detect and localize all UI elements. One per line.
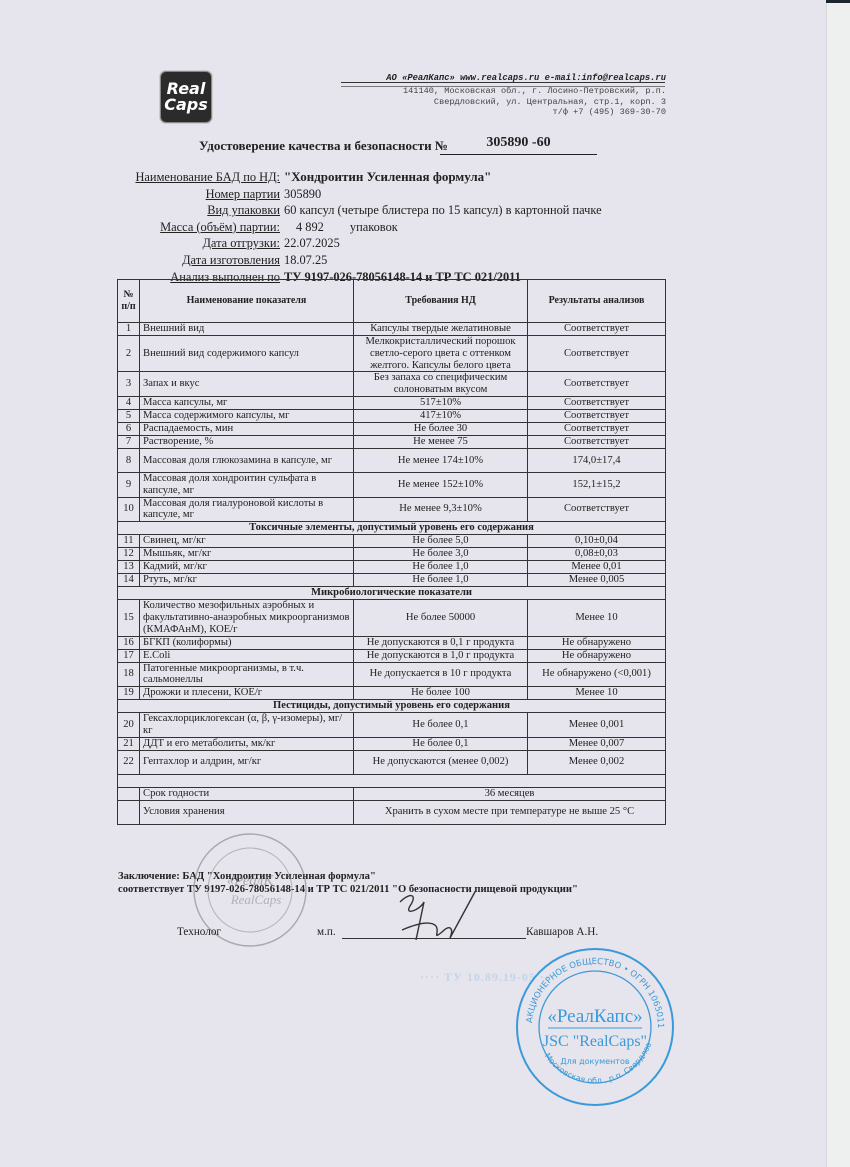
result: Не обнаружено [528, 649, 666, 662]
section-toxic-title: Токсичные элементы, допустимый уровень е… [118, 522, 666, 535]
result: Соответствует [528, 372, 666, 397]
indicator-name: Дрожжи и плесени, КОЕ/г [140, 687, 354, 700]
result: Не обнаружено (<0,001) [528, 662, 666, 687]
shelf-life-row-value: 36 месяцев [354, 787, 666, 800]
result: Соответствует [528, 396, 666, 409]
table-row: 15Количество мезофильных аэробных и факу… [118, 600, 666, 636]
row-number [118, 800, 140, 824]
seal-place-label: м.п. [317, 926, 336, 938]
row-number: 20 [118, 713, 140, 738]
ship-date-value: 22.07.2025 [284, 235, 340, 252]
row-number: 9 [118, 472, 140, 497]
result: Соответствует [528, 497, 666, 522]
result: Не обнаружено [528, 636, 666, 649]
col-result: Результаты анализов [528, 280, 666, 323]
indicator-name: Масса капсулы, мг [140, 396, 354, 409]
address-line-2: Свердловский, ул. Центральная, стр.1, ко… [386, 97, 666, 107]
storage-row: Условия храненияХранить в сухом месте пр… [118, 800, 666, 824]
indicator-name: Распадаемость, мин [140, 422, 354, 435]
certificate-number: 305890 -60 [440, 135, 597, 155]
requirement: Капсулы твердые желатиновые [354, 323, 528, 336]
requirement: Не менее 75 [354, 435, 528, 448]
made-date-label: Дата изготовления [100, 252, 284, 269]
quality-table: № п/п Наименование показателя Требования… [117, 279, 666, 825]
table-row: 4Масса капсулы, мг517±10%Соответствует [118, 396, 666, 409]
mass-unit: упаковок [350, 220, 398, 234]
table-row: 14Ртуть, мг/кгНе более 1,0Менее 0,005 [118, 574, 666, 587]
requirement: Не более 5,0 [354, 535, 528, 548]
result: Менее 0,005 [528, 574, 666, 587]
signer-name: Кавшаров А.Н. [526, 926, 598, 938]
row-number: 4 [118, 396, 140, 409]
row-number: 12 [118, 548, 140, 561]
conclusion-line-1: Заключение: БАД "Хондроитин Усиленная фо… [118, 870, 578, 883]
empty-cell [118, 774, 666, 787]
result: Менее 10 [528, 687, 666, 700]
indicator-name: Гептахлор и алдрин, мг/кг [140, 750, 354, 774]
section-micro: Микробиологические показатели [118, 587, 666, 600]
requirement: Не более 30 [354, 422, 528, 435]
info-made-date: Дата изготовления 18.07.25 [100, 252, 602, 269]
row-number: 5 [118, 409, 140, 422]
result: Менее 0,001 [528, 713, 666, 738]
table-row: 7Растворение, %Не менее 75Соответствует [118, 435, 666, 448]
result: Менее 0,007 [528, 737, 666, 750]
package-label: Вид упаковки [100, 202, 284, 219]
section-micro-title: Микробиологические показатели [118, 587, 666, 600]
requirement: Без запаха со специфическим солоноватым … [354, 372, 528, 397]
table-body: 1Внешний видКапсулы твердые желатиновыеС… [118, 323, 666, 825]
mass-value: 4 892 [296, 220, 324, 234]
row-number: 15 [118, 600, 140, 636]
mass-label: Масса (объём) партии: [100, 219, 284, 236]
table-row: 16БГКП (колиформы)Не допускаются в 0,1 г… [118, 636, 666, 649]
row-number: 6 [118, 422, 140, 435]
table-row: 19Дрожжи и плесени, КОЕ/гНе более 100Мен… [118, 687, 666, 700]
info-batch: Номер партии 305890 [100, 186, 602, 203]
row-number: 11 [118, 535, 140, 548]
letterhead-rule [341, 82, 665, 87]
table-row: 6Распадаемость, минНе более 30Соответств… [118, 422, 666, 435]
handwritten-signature [380, 880, 490, 960]
requirement: Не более 1,0 [354, 561, 528, 574]
address-line-3: т/ф +7 (495) 369-30-70 [386, 107, 666, 117]
result: 174,0±17,4 [528, 448, 666, 472]
row-number: 3 [118, 372, 140, 397]
shelf-life-row-label: Срок годности [140, 787, 354, 800]
table-row: 1Внешний видКапсулы твердые желатиновыеС… [118, 323, 666, 336]
indicator-name: Массовая доля глюкозамина в капсуле, мг [140, 448, 354, 472]
result: Менее 10 [528, 600, 666, 636]
indicator-name: БГКП (колиформы) [140, 636, 354, 649]
requirement: Мелкокристаллический порошок светло-серо… [354, 336, 528, 372]
row-number: 14 [118, 574, 140, 587]
indicator-name: Внешний вид [140, 323, 354, 336]
requirement: Не более 50000 [354, 600, 528, 636]
requirement: Не более 0,1 [354, 737, 528, 750]
logo-line-2: Caps [161, 97, 211, 113]
row-number: 13 [118, 561, 140, 574]
indicator-name: Свинец, мг/кг [140, 535, 354, 548]
requirement: Не менее 152±10% [354, 472, 528, 497]
result: Соответствует [528, 422, 666, 435]
shelf-life-row: Срок годности36 месяцев [118, 787, 666, 800]
table-row: 21ДДТ и его метаболиты, мк/кгНе более 0,… [118, 737, 666, 750]
table-row: 22Гептахлор и алдрин, мг/кгНе допускаютс… [118, 750, 666, 774]
table-row: 13Кадмий, мг/кгНе более 1,0Менее 0,01 [118, 561, 666, 574]
indicator-name: Внешний вид содержимого капсул [140, 336, 354, 372]
result: 0,10±0,04 [528, 535, 666, 548]
row-number: 19 [118, 687, 140, 700]
product-value: "Хондроитин Усиленная формула" [284, 169, 491, 186]
table-row: 10Массовая доля гиалуроновой кислоты в к… [118, 497, 666, 522]
requirement: Не более 0,1 [354, 713, 528, 738]
table-row: 11Свинец, мг/кгНе более 5,00,10±0,04 [118, 535, 666, 548]
result: 0,08±0,03 [528, 548, 666, 561]
certificate-title: Удостоверение качества и безопасности № [199, 138, 448, 154]
info-product: Наименование БАД по НД: "Хондроитин Усил… [100, 169, 602, 186]
storage-row-value: Хранить в сухом месте при температуре не… [354, 800, 666, 824]
requirement: 417±10% [354, 409, 528, 422]
indicator-name: Ртуть, мг/кг [140, 574, 354, 587]
row-number: 2 [118, 336, 140, 372]
table-row: 5Масса содержимого капсулы, мг417±10%Соо… [118, 409, 666, 422]
company-stamp: АКЦИОНЕРНОЕ ОБЩЕСТВО • ОГРН 106501141205… [510, 942, 680, 1112]
made-date-value: 18.07.25 [284, 252, 327, 269]
table-row: 3Запах и вкусБез запаха со специфическим… [118, 372, 666, 397]
indicator-name: Мышьяк, мг/кг [140, 548, 354, 561]
address-line-1: 141140, Московская обл., г. Лосино-Петро… [386, 86, 666, 96]
requirement: Не менее 174±10% [354, 448, 528, 472]
result: Соответствует [528, 323, 666, 336]
signer-role: Технолог [177, 926, 221, 938]
svg-text:JSC "RealCaps": JSC "RealCaps" [543, 1033, 647, 1050]
package-value: 60 капсул (четыре блистера по 15 капсул)… [284, 202, 602, 219]
letterhead: АО «РеалКапс» www.realcaps.ru e-mail:inf… [386, 73, 666, 118]
svg-text:Для документов: Для документов [560, 1057, 629, 1066]
product-label: Наименование БАД по НД: [100, 169, 284, 186]
conclusion-line-2: соответствует ТУ 9197-026-78056148-14 и … [118, 883, 578, 896]
requirement: Не более 3,0 [354, 548, 528, 561]
indicator-name: Запах и вкус [140, 372, 354, 397]
ship-date-label: Дата отгрузки: [100, 235, 284, 252]
info-package: Вид упаковки 60 капсул (четыре блистера … [100, 202, 602, 219]
row-number: 22 [118, 750, 140, 774]
col-indicator: Наименование показателя [140, 280, 354, 323]
table-row: 18Патогенные микроорганизмы, в т.ч. саль… [118, 662, 666, 687]
requirement: Не более 1,0 [354, 574, 528, 587]
row-number: 17 [118, 649, 140, 662]
table-row: 8Массовая доля глюкозамина в капсуле, мг… [118, 448, 666, 472]
table-row: 20Гексахлорциклогексан (α, β, γ-изомеры)… [118, 713, 666, 738]
indicator-name: ДДТ и его метаболиты, мк/кг [140, 737, 354, 750]
svg-text:RealCaps: RealCaps [230, 892, 282, 907]
result: Менее 0,002 [528, 750, 666, 774]
row-number: 16 [118, 636, 140, 649]
row-number: 18 [118, 662, 140, 687]
section-pesticides-title: Пестициды, допустимый уровень его содерж… [118, 700, 666, 713]
batch-label: Номер партии [100, 186, 284, 203]
batch-value: 305890 [284, 186, 321, 203]
requirement: Не допускаются (менее 0,002) [354, 750, 528, 774]
realcaps-logo: Real Caps [160, 71, 212, 123]
table-row: 17E.ColiНе допускаются в 1,0 г продуктаН… [118, 649, 666, 662]
result: 152,1±15,2 [528, 472, 666, 497]
indicator-name: E.Coli [140, 649, 354, 662]
requirement: Не более 100 [354, 687, 528, 700]
indicator-name: Массовая доля гиалуроновой кислоты в кап… [140, 497, 354, 522]
indicator-name: Массовая доля хондроитин сульфата в капс… [140, 472, 354, 497]
result: Менее 0,01 [528, 561, 666, 574]
requirement: Не допускается в 10 г продукта [354, 662, 528, 687]
info-mass: Масса (объём) партии: 4 892упаковок [100, 219, 602, 236]
row-number [118, 787, 140, 800]
indicator-name: Количество мезофильных аэробных и факуль… [140, 600, 354, 636]
col-number: № п/п [118, 280, 140, 323]
row-number: 8 [118, 448, 140, 472]
table-row: 12Мышьяк, мг/кгНе более 3,00,08±0,03 [118, 548, 666, 561]
requirement: Не допускаются в 1,0 г продукта [354, 649, 528, 662]
requirement: 517±10% [354, 396, 528, 409]
section-toxic: Токсичные элементы, допустимый уровень е… [118, 522, 666, 535]
table-row: 2Внешний вид содержимого капсулМелкокрис… [118, 336, 666, 372]
result: Соответствует [528, 409, 666, 422]
row-number: 10 [118, 497, 140, 522]
col-requirement: Требования НД [354, 280, 528, 323]
svg-text:«РеалКапс»: «РеалКапс» [547, 1006, 642, 1027]
row-number: 21 [118, 737, 140, 750]
requirement: Не менее 9,3±10% [354, 497, 528, 522]
indicator-name: Гексахлорциклогексан (α, β, γ-изомеры), … [140, 713, 354, 738]
scanner-margin [826, 0, 850, 1167]
row-number: 1 [118, 323, 140, 336]
indicator-name: Масса содержимого капсулы, мг [140, 409, 354, 422]
storage-row-label: Условия хранения [140, 800, 354, 824]
indicator-name: Патогенные микроорганизмы, в т.ч. сальмо… [140, 662, 354, 687]
table-header-row: № п/п Наименование показателя Требования… [118, 280, 666, 323]
svg-text:«РеалК: «РеалК [227, 873, 275, 889]
requirement: Не допускаются в 0,1 г продукта [354, 636, 528, 649]
result: Соответствует [528, 336, 666, 372]
section-pesticides: Пестициды, допустимый уровень его содерж… [118, 700, 666, 713]
conclusion: Заключение: БАД "Хондроитин Усиленная фо… [118, 870, 578, 896]
result: Соответствует [528, 435, 666, 448]
indicator-name: Кадмий, мг/кг [140, 561, 354, 574]
row-number: 7 [118, 435, 140, 448]
table-row: 9Массовая доля хондроитин сульфата в кап… [118, 472, 666, 497]
indicator-name: Растворение, % [140, 435, 354, 448]
info-ship-date: Дата отгрузки: 22.07.2025 [100, 235, 602, 252]
scanner-edge [826, 0, 850, 3]
product-info: Наименование БАД по НД: "Хондроитин Усил… [100, 169, 602, 285]
empty-row [118, 774, 666, 787]
